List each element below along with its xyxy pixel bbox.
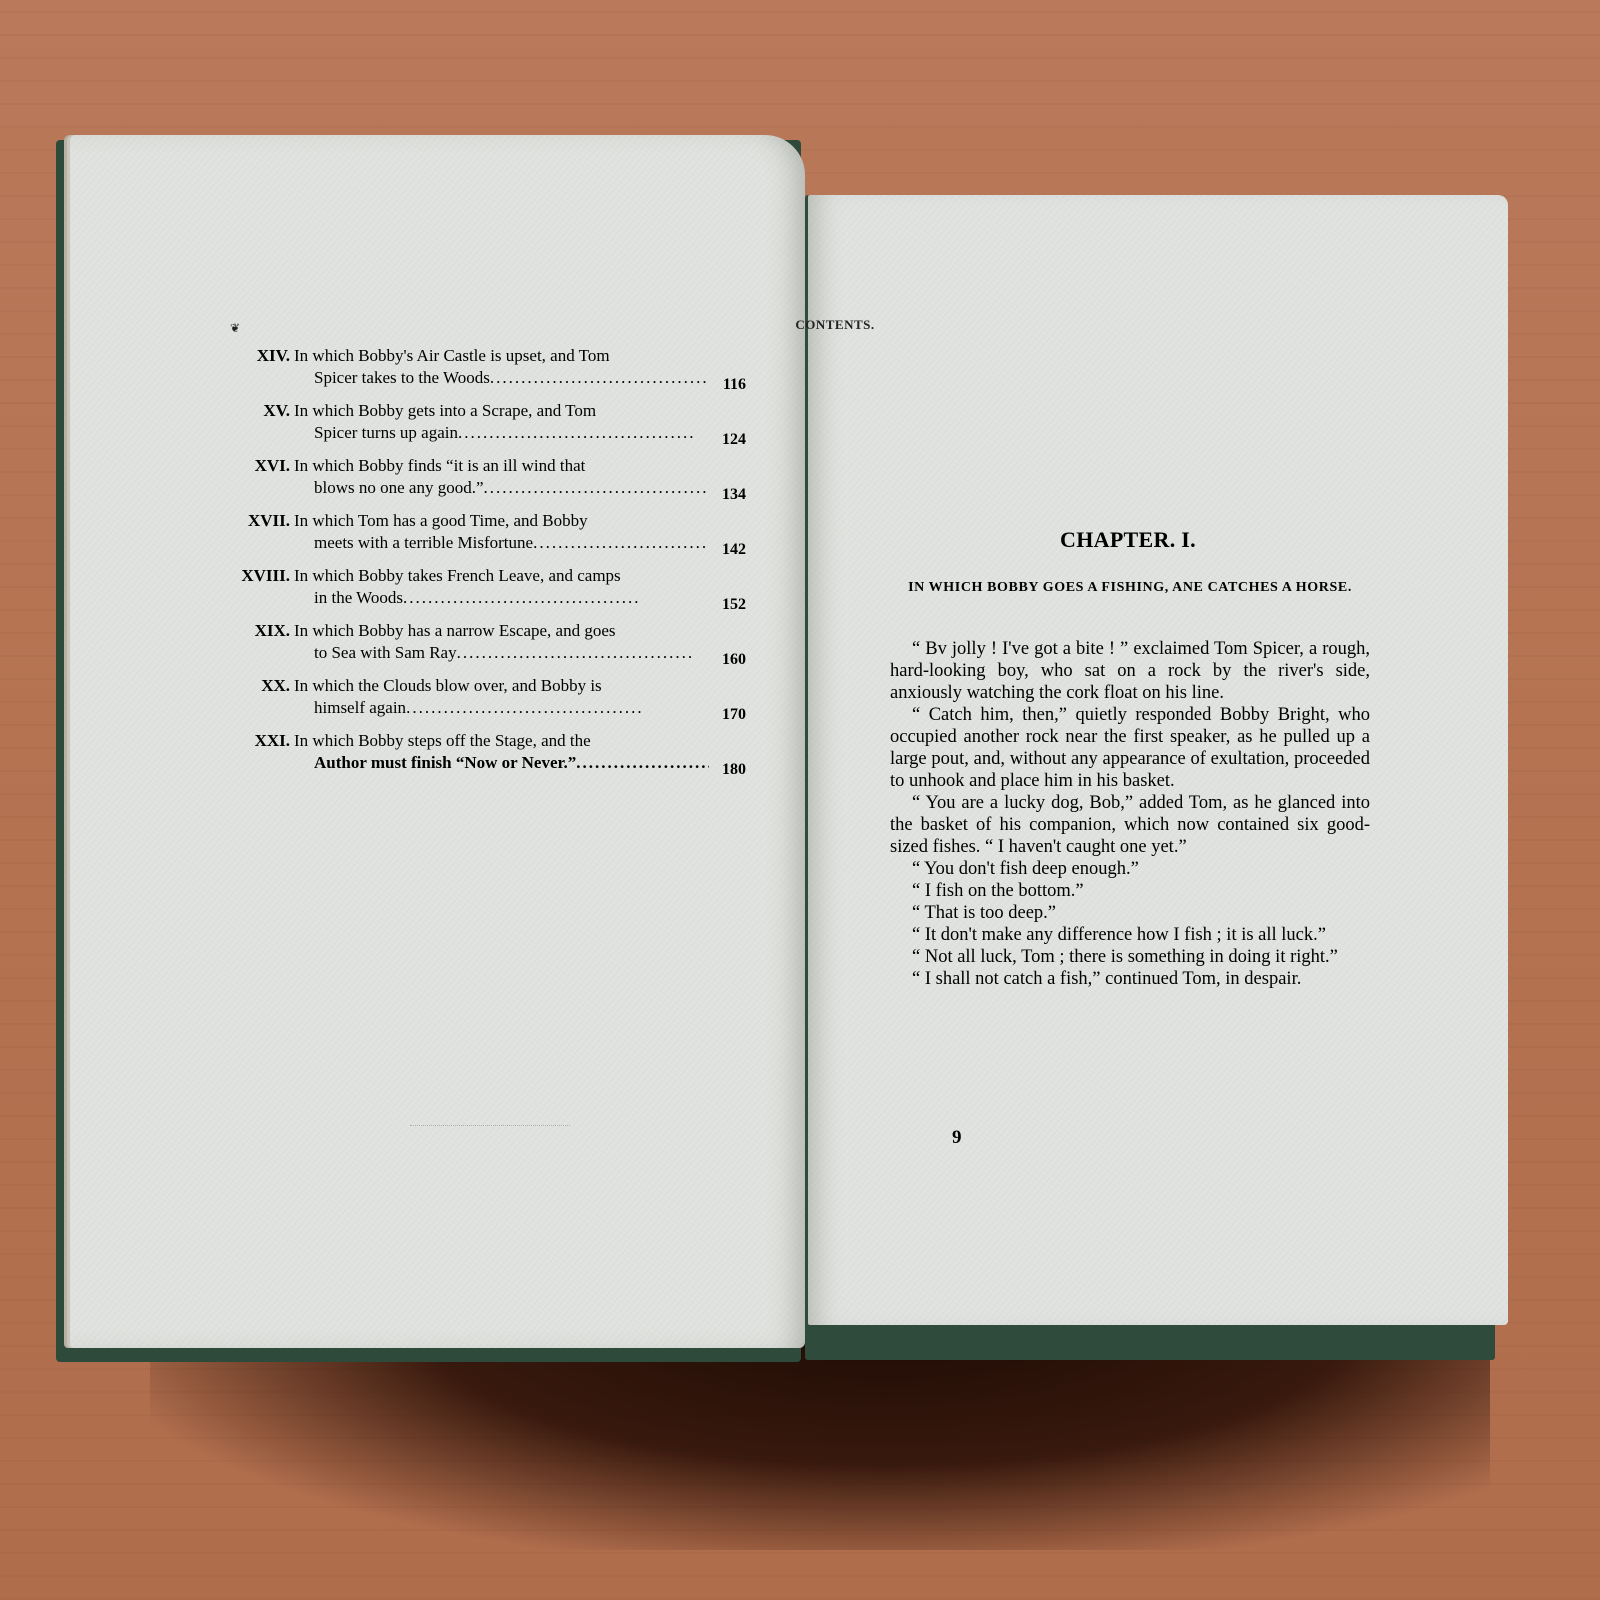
page-ref: 124 xyxy=(722,429,746,451)
page-ref: 116 xyxy=(723,374,746,396)
chapter-title-line: In which Bobby's Air Castle is upset, an… xyxy=(294,346,610,365)
page-ref: 142 xyxy=(722,539,746,561)
page-number: 9 xyxy=(952,1127,962,1149)
chapter-numeral: XVII. xyxy=(226,510,294,532)
chapter-numeral: XX. xyxy=(226,675,294,697)
paragraph: “ That is too deep.” xyxy=(890,902,1370,924)
paragraph: “ You don't fish deep enough.” xyxy=(890,858,1370,880)
toc-entry: XVI.In which Bobby finds “it is an ill w… xyxy=(226,455,746,499)
chapter-body-text: “ Bv jolly ! I've got a bite ! ” exclaim… xyxy=(890,638,1370,990)
faint-pencil-marks xyxy=(410,1105,570,1126)
paragraph: “ You are a lucky dog, Bob,” added Tom, … xyxy=(890,792,1370,858)
chapter-numeral: XIV. xyxy=(226,345,294,367)
chapter-subtitle: IN WHICH BOBBY GOES A FISHING, ANE CATCH… xyxy=(890,577,1370,599)
paragraph: “ It don't make any difference how I fis… xyxy=(890,924,1370,946)
chapter-numeral: XVI. xyxy=(226,455,294,477)
chapter-title-line: In which the Clouds blow over, and Bobby… xyxy=(294,676,602,695)
chapter-title-line: In which Bobby finds “it is an ill wind … xyxy=(294,456,585,475)
paragraph: “ Bv jolly ! I've got a bite ! ” exclaim… xyxy=(890,638,1370,704)
chapter-title-line: Spicer turns up again xyxy=(314,423,458,442)
dot-leader: ...................................... xyxy=(490,368,709,387)
chapter-title-line: blows no one any good.” xyxy=(314,478,484,497)
page-ref: 160 xyxy=(722,649,746,671)
chapter-title-line: In which Bobby steps off the Stage, and … xyxy=(294,731,591,750)
paragraph: “ Not all luck, Tom ; there is something… xyxy=(890,946,1370,968)
chapter-title-line: In which Tom has a good Time, and Bobby xyxy=(294,511,588,530)
page-ref: 180 xyxy=(722,759,746,781)
dot-leader: ...................................... xyxy=(457,643,695,662)
paragraph: “ Catch him, then,” quietly responded Bo… xyxy=(890,704,1370,792)
dot-leader: ...................................... xyxy=(484,478,709,497)
dot-leader: ...................................... xyxy=(406,698,644,717)
paragraph: “ I shall not catch a fish,” continued T… xyxy=(890,968,1370,990)
dot-leader: ...................................... xyxy=(403,588,641,607)
table-of-contents: XIV.In which Bobby's Air Castle is upset… xyxy=(226,345,746,785)
toc-entry: XVIII.In which Bobby takes French Leave,… xyxy=(226,565,746,609)
chapter-title-line: In which Bobby has a narrow Escape, and … xyxy=(294,621,616,640)
toc-entry: XIX.In which Bobby has a narrow Escape, … xyxy=(226,620,746,664)
toc-entry: XVII.In which Tom has a good Time, and B… xyxy=(226,510,746,554)
page-ref: 170 xyxy=(722,704,746,726)
chapter-title-line: in the Woods xyxy=(314,588,403,607)
dot-leader: ...................................... xyxy=(533,533,709,552)
page-ref: 152 xyxy=(722,594,746,616)
chapter-title-line: In which Bobby gets into a Scrape, and T… xyxy=(294,401,596,420)
chapter-title-line: himself again xyxy=(314,698,406,717)
dot-leader: ...................................... xyxy=(576,753,709,772)
chapter-numeral: XV. xyxy=(226,400,294,422)
chapter-title-line: Spicer takes to the Woods xyxy=(314,368,490,387)
toc-entry: XX.In which the Clouds blow over, and Bo… xyxy=(226,675,746,719)
contents-heading: CONTENTS. xyxy=(0,317,1600,333)
paragraph: “ I fish on the bottom.” xyxy=(890,880,1370,902)
toc-entry: XXI.In which Bobby steps off the Stage, … xyxy=(226,730,746,774)
chapter-numeral: XVIII. xyxy=(226,565,294,587)
chapter-title-line: to Sea with Sam Ray xyxy=(314,643,457,662)
chapter-numeral: XIX. xyxy=(226,620,294,642)
chapter-title-line: Author must finish “Now or Never.” xyxy=(314,753,576,772)
page-ref: 134 xyxy=(722,484,746,506)
toc-entry: XV.In which Bobby gets into a Scrape, an… xyxy=(226,400,746,444)
chapter-title-line: meets with a terrible Misfortune xyxy=(314,533,533,552)
chapter-title: CHAPTER. I. xyxy=(808,527,1448,553)
dot-leader: ...................................... xyxy=(458,423,696,442)
toc-entry: XIV.In which Bobby's Air Castle is upset… xyxy=(226,345,746,389)
chapter-title-line: In which Bobby takes French Leave, and c… xyxy=(294,566,621,585)
chapter-numeral: XXI. xyxy=(226,730,294,752)
